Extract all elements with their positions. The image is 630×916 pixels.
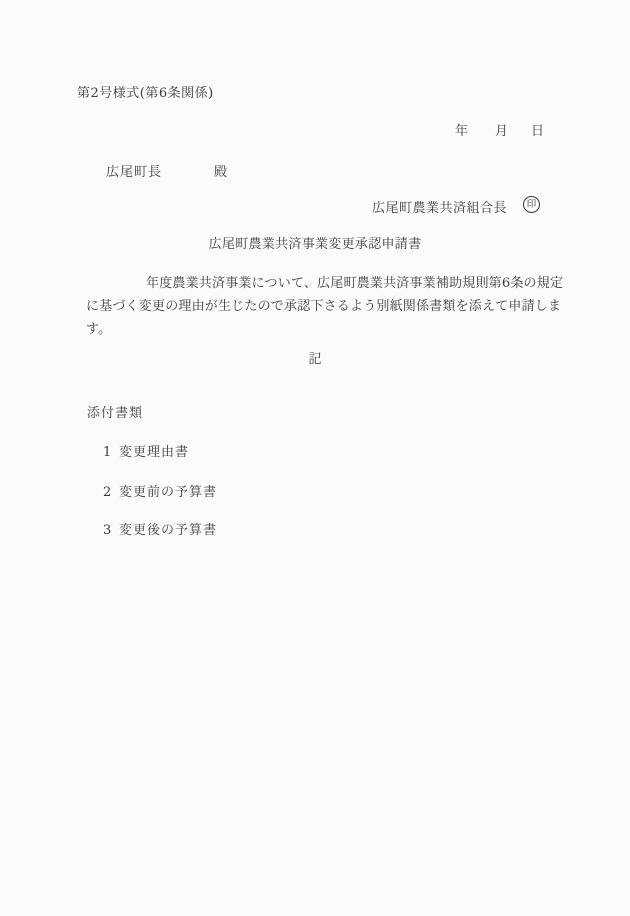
document-title: 広尾町農業共済事業変更承認申請書	[0, 233, 630, 252]
record-marker: 記	[0, 348, 630, 367]
form-number: 第2号様式(第6条関係)	[77, 82, 214, 101]
attachment-item-number: 2	[103, 485, 119, 500]
sender-title: 広尾町農業共済組合長	[372, 197, 507, 216]
date-month-label: 月	[495, 124, 508, 139]
attachment-item-number: 3	[103, 523, 119, 538]
attachment-item: 3変更後の予算書	[103, 519, 217, 538]
body-paragraph: 年度農業共済事業について、広尾町農業共済事業補助規則第6条の規定に基づく変更の理…	[86, 272, 576, 341]
attachment-item: 1変更理由書	[103, 441, 189, 460]
attachment-item: 2変更前の予算書	[103, 481, 217, 500]
attachment-item-label: 変更前の予算書	[119, 485, 217, 500]
date-day-label: 日	[531, 124, 544, 139]
attachment-item-number: 1	[103, 445, 119, 460]
date-line: 年月日	[455, 120, 544, 139]
attachment-item-label: 変更理由書	[119, 445, 189, 460]
addressee-name: 広尾町長	[106, 165, 162, 180]
addressee-line: 広尾町長殿	[106, 161, 228, 180]
attachment-item-label: 変更後の予算書	[119, 523, 217, 538]
date-year-label: 年	[455, 124, 468, 139]
attachments-heading: 添付書類	[87, 402, 143, 421]
addressee-honorific: 殿	[214, 165, 228, 180]
application-form-page: 第2号様式(第6条関係) 年月日 広尾町長殿 広尾町農業共済組合長 印 広尾町農…	[0, 0, 630, 916]
seal-icon: 印	[523, 196, 540, 213]
